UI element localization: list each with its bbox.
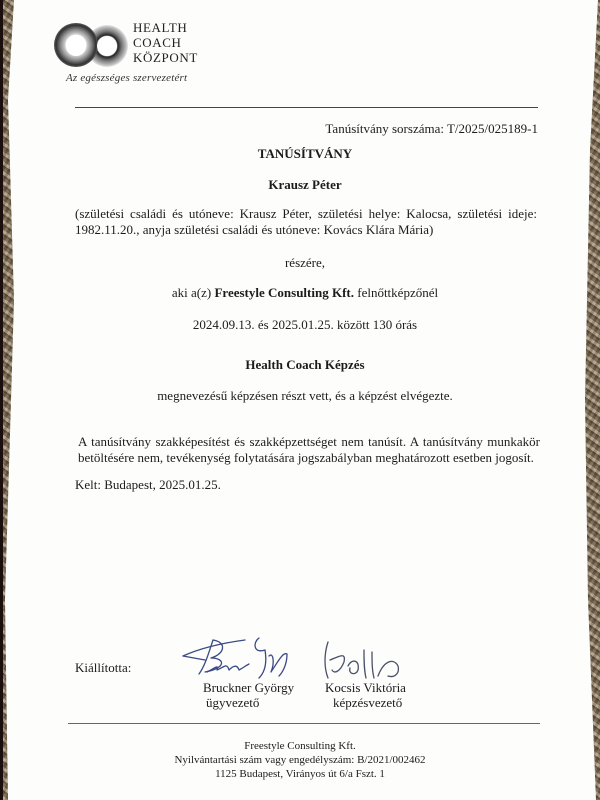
logo-tagline: Az egészséges szervezetért [66, 72, 187, 84]
logo-line: KÖZPONT [133, 50, 198, 65]
certificate-serial-number: Tanúsítvány sorszáma: T/2025/025189-1 [300, 121, 538, 137]
recipient-name: Krausz Péter [70, 177, 540, 193]
logo-wordmark: HEALTH COACH KÖZPONT [133, 20, 198, 65]
header-divider [75, 107, 538, 108]
legal-disclaimer: A tanúsítvány szakképesítést és szakképz… [78, 434, 540, 466]
completion-statement: megnevezésű képzésen részt vett, és a ké… [70, 388, 540, 404]
certificate-paper: HEALTH COACH KÖZPONT Az egészséges szerv… [0, 0, 600, 800]
course-name: Health Coach Képzés [70, 357, 540, 373]
logo-line: HEALTH [133, 20, 198, 35]
provider-suffix: felnőttképzőnél [357, 285, 438, 300]
recipient-details: (születési családi és utóneve: Krausz Pé… [75, 206, 537, 238]
training-period: 2024.09.13. és 2025.01.25. között 130 ór… [70, 317, 540, 333]
signer-role: képzésvezető [333, 695, 402, 710]
for-text: részére, [70, 255, 540, 271]
footer-registration: Nyilvántartási szám vagy engedélyszám: B… [150, 753, 450, 767]
provider-name: Freestyle Consulting Kft. [214, 285, 354, 300]
footer-info: Freestyle Consulting Kft. Nyilvántartási… [150, 739, 450, 781]
logo-line: COACH [133, 35, 198, 50]
handwritten-signature-icon [175, 632, 295, 684]
signer-name: Bruckner György [203, 680, 294, 695]
footer-company: Freestyle Consulting Kft. [150, 739, 450, 753]
issue-place-date: Kelt: Budapest, 2025.01.25. [75, 477, 221, 493]
handwritten-signature-icon [318, 638, 418, 684]
left-dark-edge [0, 0, 3, 800]
footer-divider [68, 723, 540, 724]
infinity-rings-logo-icon [53, 22, 129, 68]
provider-prefix: aki a(z) [172, 285, 211, 300]
footer-address: 1125 Budapest, Virányos út 6/a Fszt. 1 [150, 767, 450, 781]
certificate-title: TANÚSÍTVÁNY [70, 146, 540, 162]
signer-name: Kocsis Viktória [325, 680, 406, 695]
signer-role: ügyvezető [206, 695, 259, 710]
training-provider-line: aki a(z) Freestyle Consulting Kft. felnő… [70, 285, 540, 301]
issued-by-label: Kiállította: [75, 660, 131, 676]
